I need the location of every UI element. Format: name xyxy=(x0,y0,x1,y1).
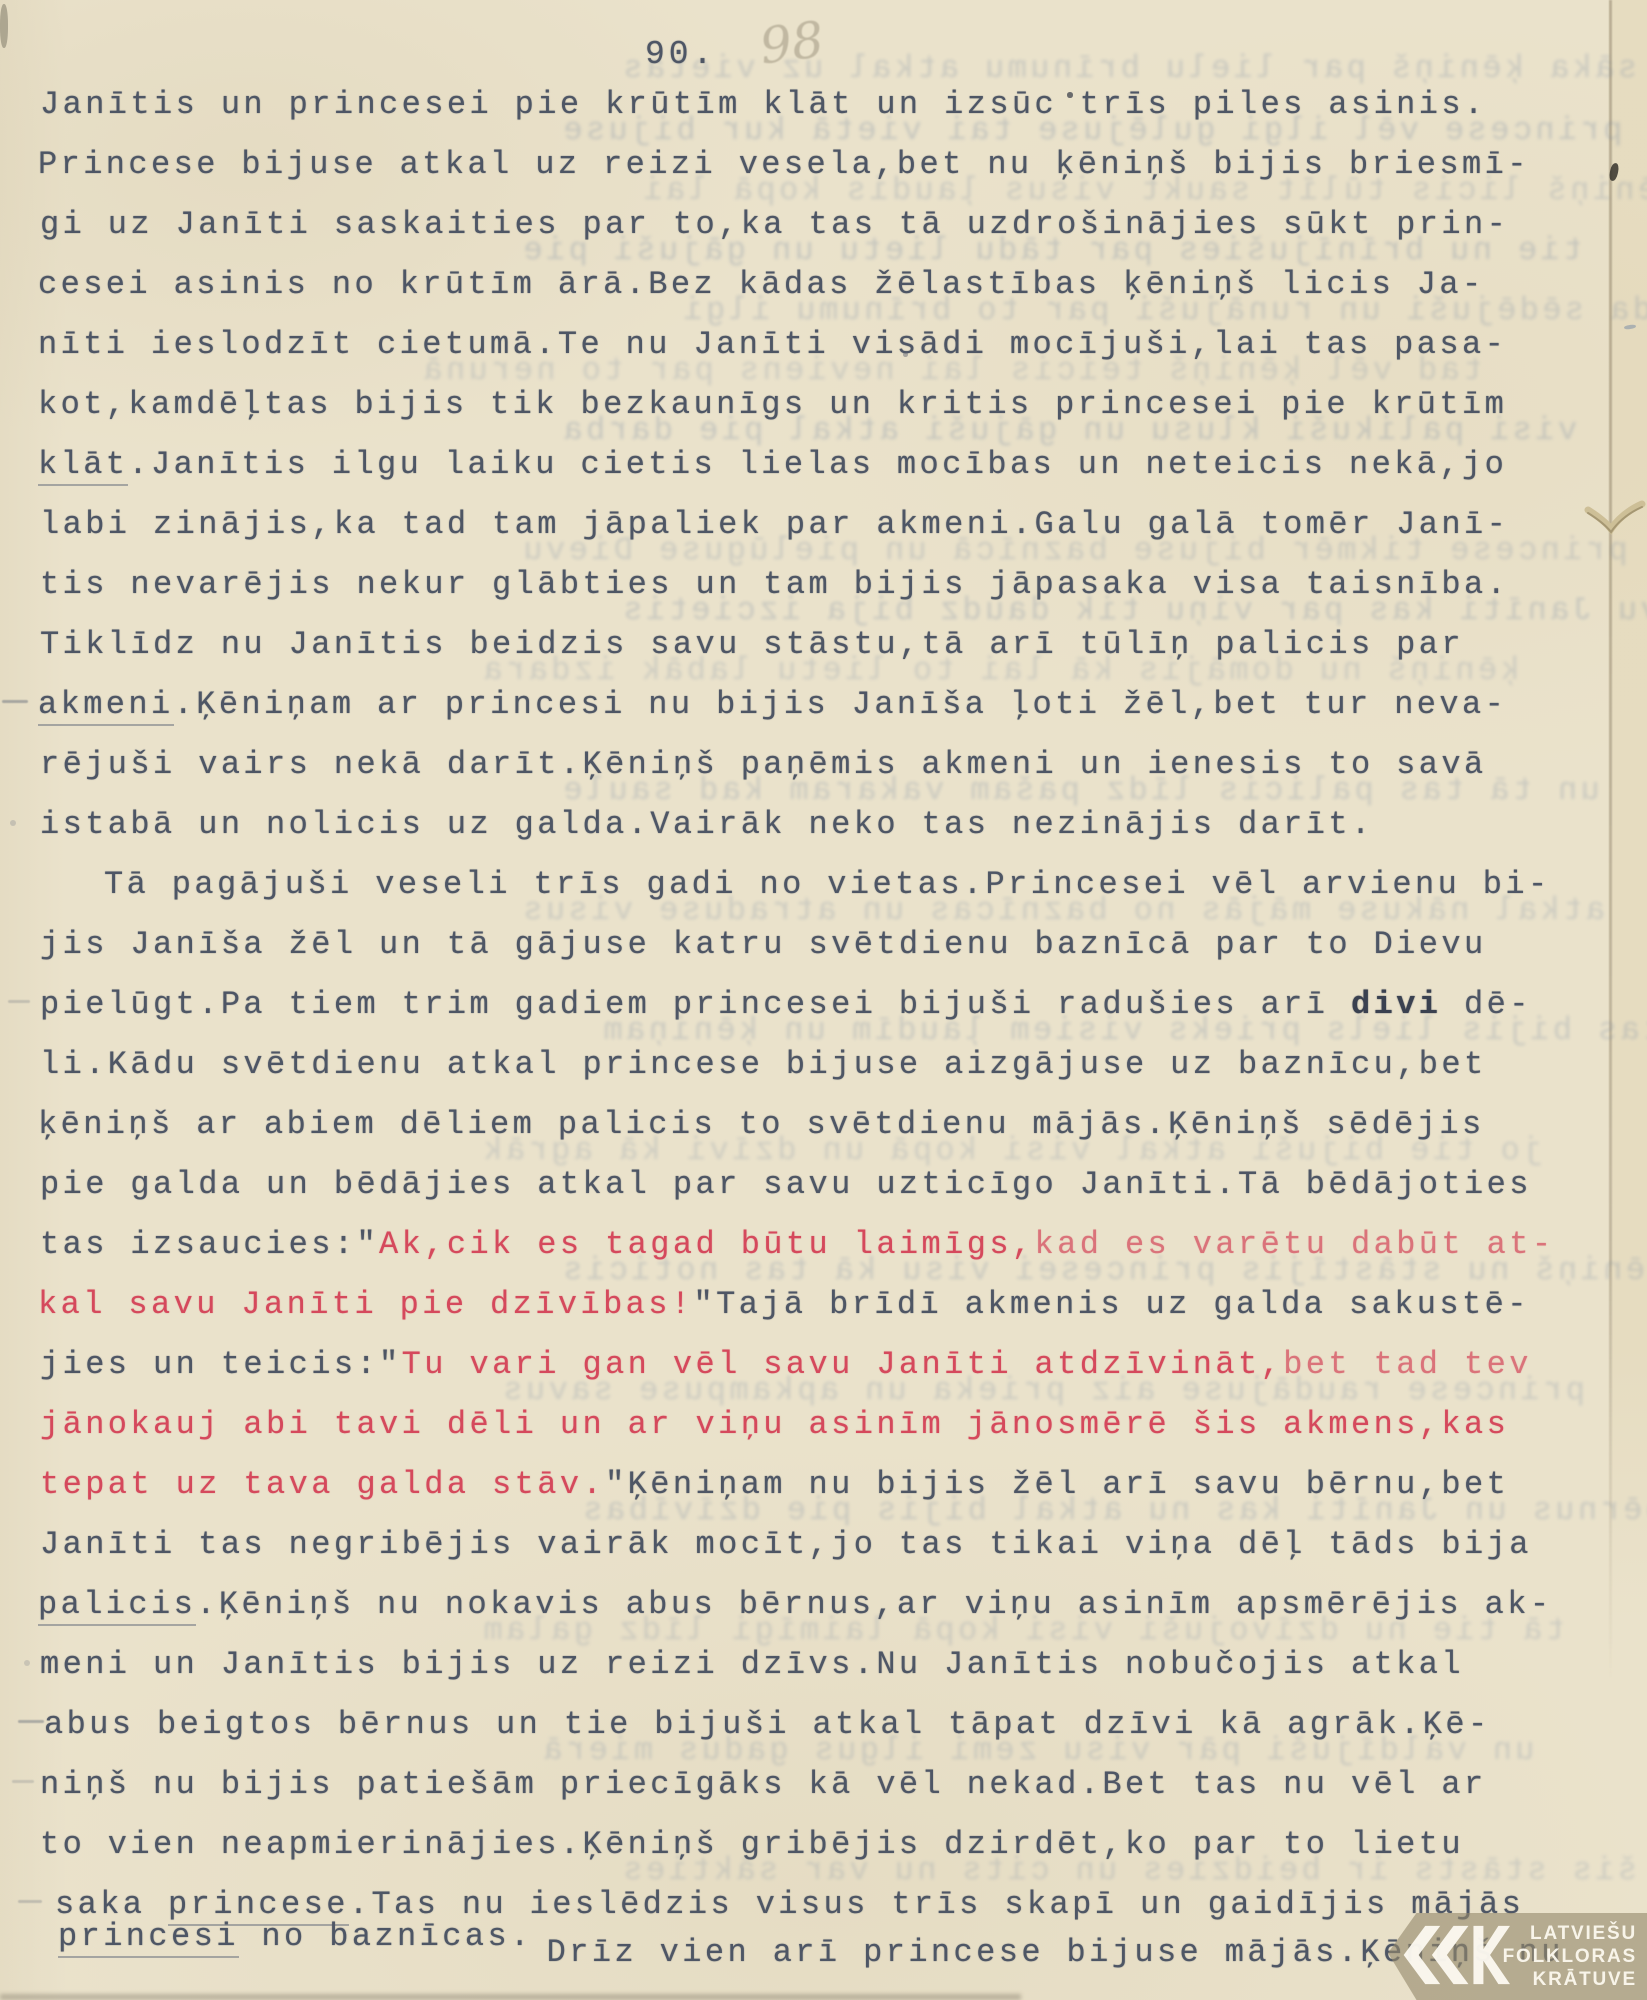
watermark-institution-name: LATVIEŠU FOLKLORAS KRĀTUVE xyxy=(1503,1922,1637,1991)
watermark-line: FOLKLORAS xyxy=(1503,1945,1637,1968)
pencil-margin-dash xyxy=(18,1720,44,1723)
pencil-margin-dot xyxy=(24,1660,30,1666)
lfk-logo-icon xyxy=(1402,1918,1510,1992)
manuscript-page: sāka ķēniņš par lielu brīnumu atkal uz v… xyxy=(0,0,1647,2000)
margin-marks-layer xyxy=(0,0,1647,2000)
pencil-margin-dash xyxy=(12,1780,34,1783)
watermark-line: KRĀTUVE xyxy=(1503,1968,1637,1991)
watermark: LATVIEŠU FOLKLORAS KRĀTUVE xyxy=(1388,1913,1647,2000)
ink-speck xyxy=(1067,92,1073,98)
ink-speck xyxy=(1608,162,1620,181)
pencil-margin-dot xyxy=(10,820,16,826)
ink-speck xyxy=(0,4,8,48)
pencil-margin-dash xyxy=(2,700,28,703)
page-bottom-shadow xyxy=(0,1994,1021,2000)
pencil-margin-dash xyxy=(8,1000,30,1003)
ink-speck xyxy=(903,352,908,357)
watermark-line: LATVIEŠU xyxy=(1503,1922,1637,1945)
pencil-margin-dash xyxy=(18,1900,42,1903)
ink-speck xyxy=(1624,324,1636,330)
